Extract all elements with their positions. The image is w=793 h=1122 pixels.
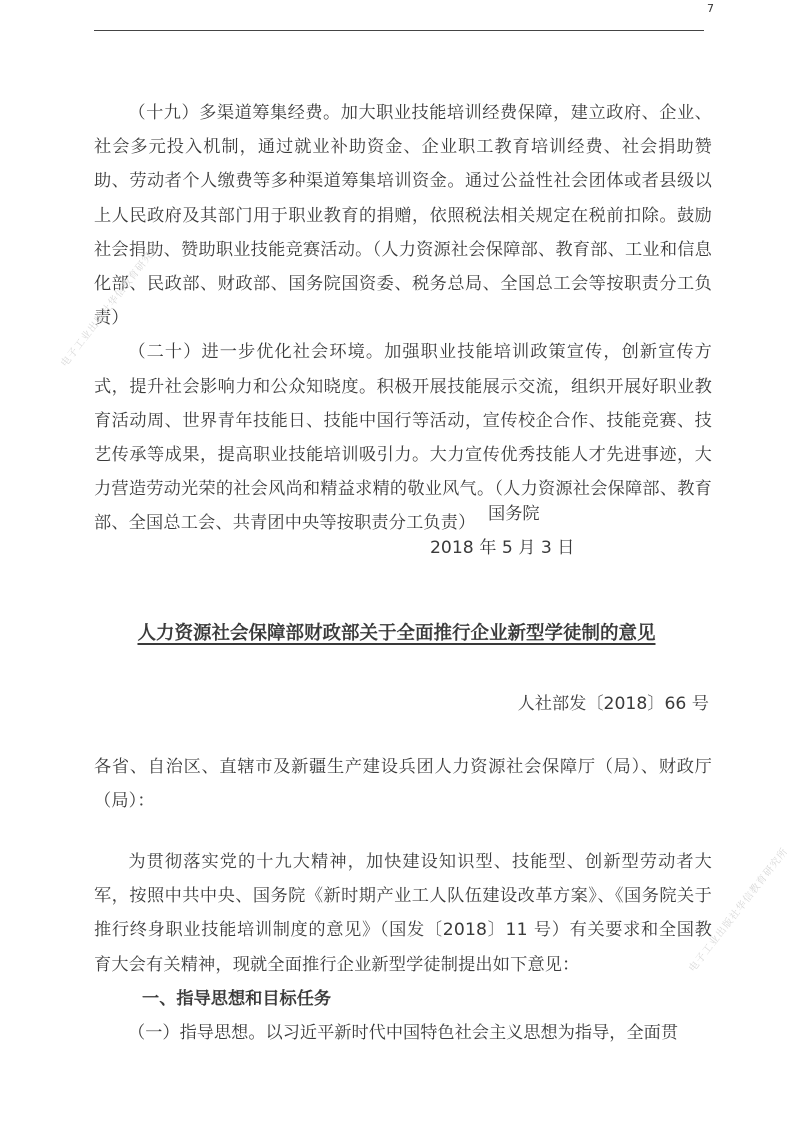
previous-section-body: （十九）多渠道筹集经费。加大职业技能培训经费保障，建立政府、企业、社会多元投入机… <box>94 96 712 541</box>
page-number: 7 <box>700 2 714 15</box>
addressee: 各省、自治区、直辖市及新疆生产建设兵团人力资源社会保障厅（局）、财政厅（局）： <box>94 750 712 818</box>
signature-organization: 国务院 <box>488 497 540 531</box>
intro-paragraph: 为贯彻落实党的十九大精神，加快建设知识型、技能型、创新型劳动者大军，按照中共中央… <box>94 845 712 982</box>
paragraph-20: （二十）进一步优化社会环境。加强职业技能培训政策宣传，创新宣传方式，提升社会影响… <box>94 335 712 540</box>
signature-date: 2018 年 5 月 3 日 <box>430 531 575 565</box>
sub-item-guiding-ideology: （一）指导思想。以习近平新时代中国特色社会主义思想为指导，全面贯 <box>94 1016 712 1050</box>
document-body: 为贯彻落实党的十九大精神，加快建设知识型、技能型、创新型劳动者大军，按照中共中央… <box>94 845 712 1050</box>
document-title: 人力资源社会保障部财政部关于全面推行企业新型学徒制的意见 <box>0 617 793 651</box>
header-rule <box>94 30 704 31</box>
paragraph-19: （十九）多渠道筹集经费。加大职业技能培训经费保障，建立政府、企业、社会多元投入机… <box>94 96 712 335</box>
section-heading: 一、指导思想和目标任务 <box>94 982 712 1016</box>
document-title-text: 人力资源社会保障部财政部关于全面推行企业新型学徒制的意见 <box>137 623 655 644</box>
addressee-block: 各省、自治区、直辖市及新疆生产建设兵团人力资源社会保障厅（局）、财政厅（局）： <box>94 750 712 818</box>
document-number: 人社部发〔2018〕66 号 <box>518 687 709 721</box>
